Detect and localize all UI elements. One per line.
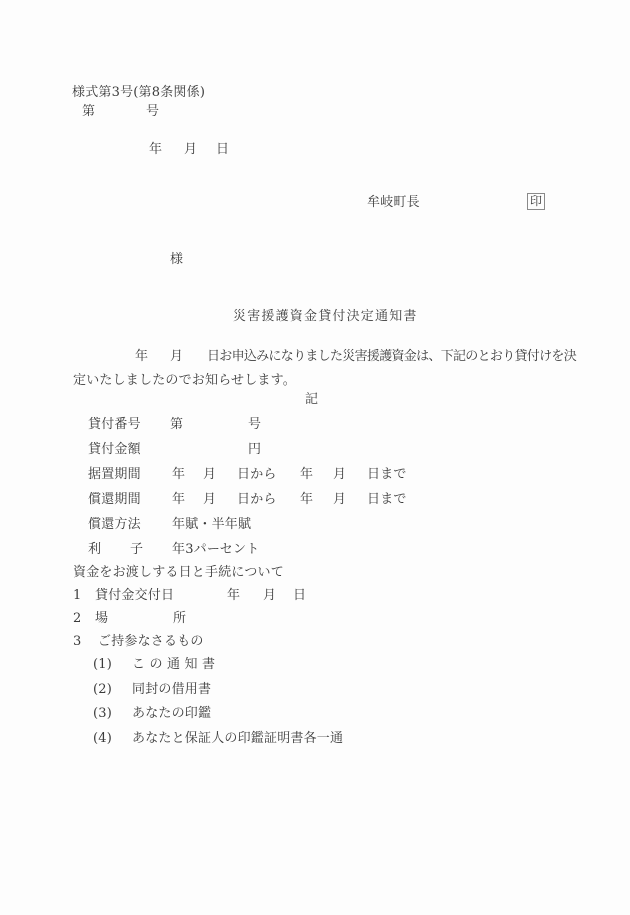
subitem1-number: (1): [93, 658, 112, 673]
subitem4-number: (4): [93, 732, 112, 747]
body-line-1: 日お申込みになりました災害援護資金は、下記のとおり貸付けを決: [207, 350, 576, 365]
repayment-from-month: 月: [203, 493, 216, 508]
subitem2-number: (2): [93, 683, 112, 698]
form-number: 様式第3号(第8条関係): [72, 86, 205, 101]
item3-label: ご持参なさるもの: [98, 635, 204, 650]
item1-number: 1: [73, 589, 81, 604]
subitem4-text: あなたと保証人の印鑑証明書各一通: [132, 732, 343, 747]
item1-month: 月: [263, 589, 276, 604]
subitem1-text: この通知書: [132, 658, 220, 673]
grace-period-label: 据置期間: [88, 468, 141, 483]
body-line-2: 定いたしましたのでお知らせします。: [73, 374, 296, 389]
doc-number-suffix: 号: [146, 105, 159, 120]
interest-value: 年3パーセント: [172, 543, 259, 558]
item2-number: 2: [73, 612, 81, 627]
subitem3-text: あなたの印鑑: [132, 707, 211, 722]
body-date-month: 月: [170, 350, 183, 365]
loan-number-suffix: 号: [248, 418, 261, 433]
issue-date-year: 年: [149, 143, 162, 158]
repayment-to-year: 年: [300, 493, 313, 508]
document-page: 様式第3号(第8条関係) 第 号 年 月 日 牟岐町長 印 様 災害援護資金貸付…: [0, 0, 630, 915]
seal-mark: 印: [527, 193, 545, 210]
record-marker: 記: [305, 393, 318, 408]
document-title: 災害援護資金貸付決定通知書: [233, 310, 418, 325]
loan-number-prefix: 第: [170, 418, 183, 433]
item1-day: 日: [293, 589, 306, 604]
body-date-year: 年: [135, 350, 148, 365]
interest-label-1: 利: [88, 543, 101, 558]
subitem2-text: 同封の借用書: [132, 683, 211, 698]
repayment-to-month: 月: [333, 493, 346, 508]
item2-label-2: 所: [173, 612, 186, 627]
loan-number-label: 貸付番号: [88, 418, 141, 433]
subitem3-number: (3): [93, 707, 112, 722]
repayment-period-label: 償還期間: [88, 493, 141, 508]
item1-year: 年: [227, 589, 240, 604]
mayor-title: 牟岐町長: [367, 196, 420, 211]
repayment-to-day: 日まで: [367, 493, 407, 508]
issue-date-month: 月: [184, 143, 197, 158]
item1-label: 貸付金交付日: [95, 589, 174, 604]
grace-from-day: 日から: [237, 468, 277, 483]
repayment-from-year: 年: [172, 493, 185, 508]
interest-label-2: 子: [130, 543, 143, 558]
repayment-method-label: 償還方法: [88, 518, 141, 533]
procedure-heading: 資金をお渡しする日と手続について: [73, 566, 284, 581]
doc-number-prefix: 第: [82, 105, 95, 120]
repayment-from-day: 日から: [237, 493, 277, 508]
grace-from-month: 月: [203, 468, 216, 483]
grace-to-year: 年: [300, 468, 313, 483]
grace-from-year: 年: [172, 468, 185, 483]
loan-amount-unit: 円: [248, 443, 261, 458]
item3-number: 3: [73, 635, 81, 650]
addressee-suffix: 様: [170, 253, 183, 268]
loan-amount-label: 貸付金額: [88, 443, 141, 458]
grace-to-day: 日まで: [367, 468, 407, 483]
repayment-method-value: 年賦・半年賦: [172, 518, 251, 533]
issue-date-day: 日: [216, 143, 229, 158]
grace-to-month: 月: [333, 468, 346, 483]
item2-label-1: 場: [95, 612, 108, 627]
